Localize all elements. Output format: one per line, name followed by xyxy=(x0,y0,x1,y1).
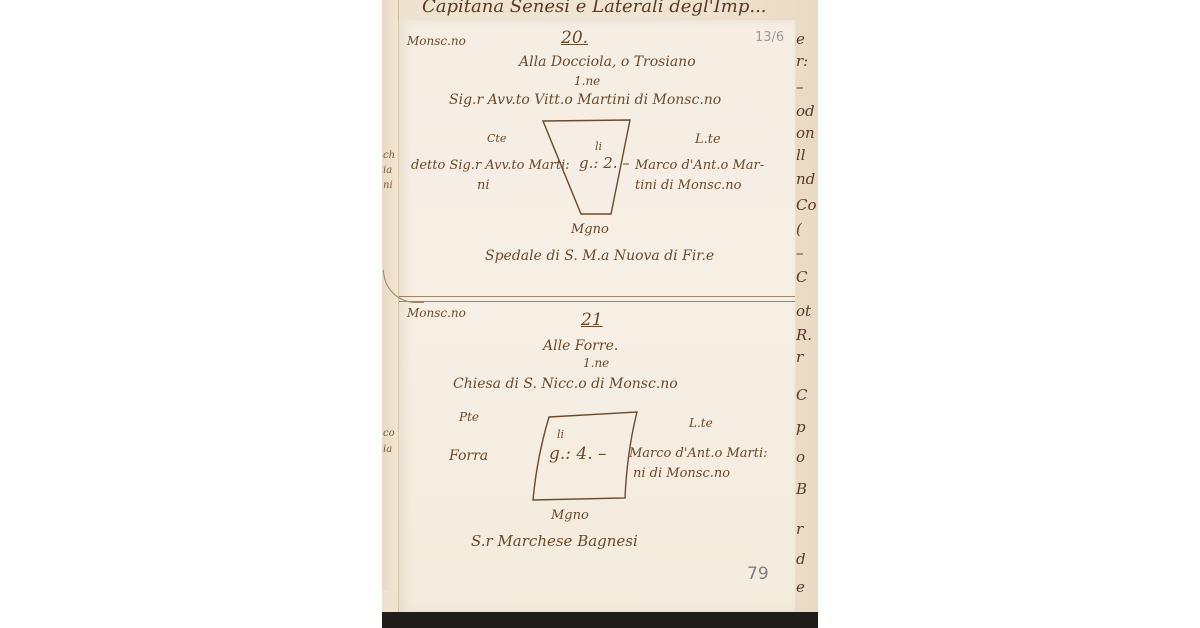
entry-21-south-owner: S.r Marchese Bagnesi xyxy=(471,532,638,550)
entry-20-number: 20. xyxy=(561,28,588,48)
entry-20-locality: Alla Docciola, o Trosiano xyxy=(519,54,696,70)
entry-20-east-label: L.te xyxy=(695,132,721,147)
adjacent-page-right-fragments: e r: – od on ll nd Co ( – C ot R. r C p … xyxy=(792,30,818,612)
entry-21-owner: Chiesa di S. Nicc.o di Monsc.no xyxy=(453,376,678,392)
adjacent-page-top-text: Capitana Senesi e Laterali degl'Imp... xyxy=(422,0,767,17)
entry-20-plot-label-top: li xyxy=(595,140,602,153)
entry-21-number: 21 xyxy=(581,310,603,330)
section-divider xyxy=(399,296,795,302)
entry-21-west-label: Pte xyxy=(459,410,479,424)
page-number: 79 xyxy=(747,564,769,584)
entry-21-ordinal: 1.ne xyxy=(583,356,609,370)
manuscript-page: 13/6 79 Monsc.no 20. Alla Docciola, o Tr… xyxy=(398,20,795,612)
folio-pencil-mark: 13/6 xyxy=(755,30,784,45)
entry-21-east-owner-line1: Marco d'Ant.o Marti: xyxy=(629,446,768,461)
entry-21-east-owner-line2: ni di Monsc.no xyxy=(633,466,730,481)
entry-21-east-label: L.te xyxy=(689,416,713,430)
entry-20-east-owner-line1: Marco d'Ant.o Mar- xyxy=(635,158,764,173)
entry-21-west-owner-line1: Forra xyxy=(449,448,488,464)
entry-20-west-owner-line1: detto Sig.r Avv.to Marti: xyxy=(411,158,570,173)
entry-20-plot-value: g.: 2. – xyxy=(579,154,630,172)
entry-20-south-owner: Spedale di S. M.a Nuova di Fir.e xyxy=(485,248,714,264)
entry-20-west-owner-line2: ni xyxy=(477,178,490,193)
entry-21-margin-note: Monsc.no xyxy=(407,306,466,320)
entry-20-margin-note: Monsc.no xyxy=(407,34,466,48)
manuscript-scan: Capitana Senesi e Laterali degl'Imp... e… xyxy=(382,0,818,628)
entry-21-locality: Alle Forre. xyxy=(543,338,618,354)
entry-21-plot-value: g.: 4. – xyxy=(549,444,607,464)
entry-20-ordinal: 1.ne xyxy=(574,74,600,88)
entry-21-south-label: Mgno xyxy=(551,508,589,523)
entry-20-east-owner-line2: tini di Monsc.no xyxy=(635,178,741,193)
entry-20-owner: Sig.r Avv.to Vitt.o Martini di Monsc.no xyxy=(449,92,721,108)
entry-21-plot-label-top: li xyxy=(557,428,564,441)
entry-20-west-label: Cte xyxy=(487,132,506,145)
entry-20-south-label: Mgno xyxy=(571,222,609,237)
